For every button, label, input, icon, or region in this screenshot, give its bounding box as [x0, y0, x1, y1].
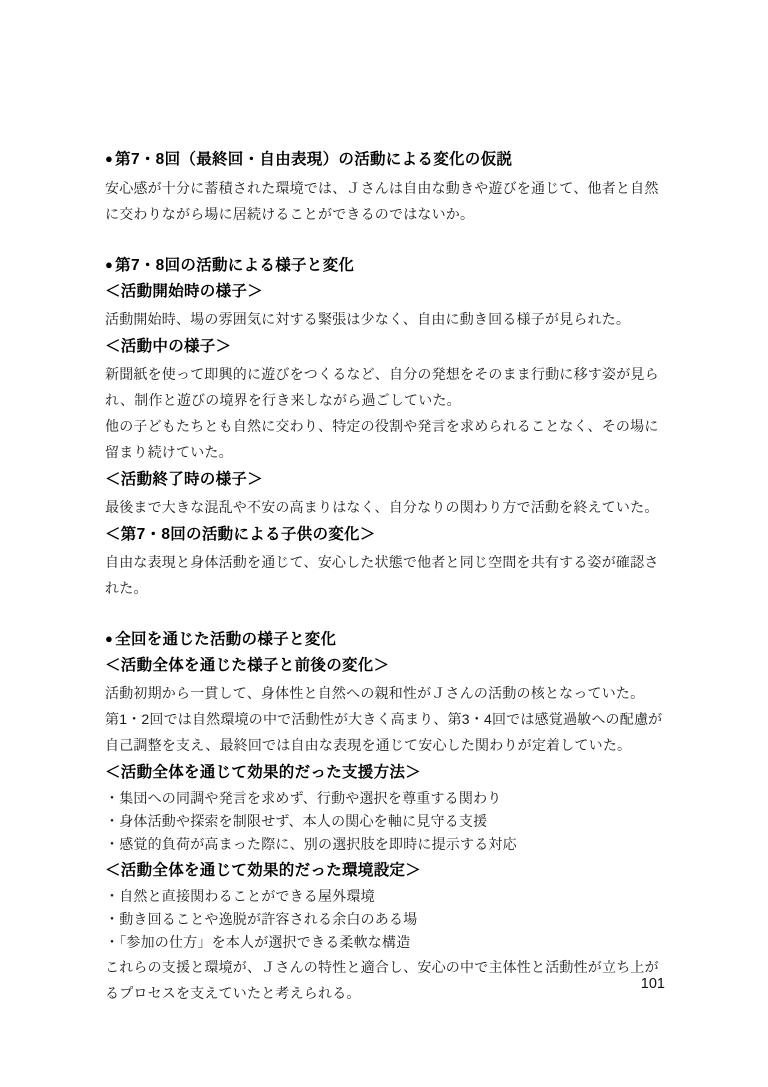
section-heading-text: 第7・8回（最終回・自由表現）の活動による変化の仮説	[115, 151, 512, 168]
paragraph: 安心感が十分に蓄積された環境では、Ｊさんは自由な動きや遊びを通じて、他者と自然に…	[105, 175, 665, 227]
subsection-heading: ＜第7・8回の活動による子供の変化＞	[105, 524, 665, 546]
bullet-icon: ●	[105, 151, 113, 166]
bullet-item: ・「参加の仕方」を本人が選択できる柔軟な構造	[105, 931, 665, 954]
section-all-sessions: ●全回を通じた活動の様子と変化 ＜活動全体を通じた様子と前後の変化＞ 活動初期か…	[105, 628, 665, 1006]
paragraph: 活動開始時、場の雰囲気に対する緊張は少なく、自由に動き回る様子が見られた。	[105, 306, 665, 332]
paragraph: 活動初期から一貫して、身体性と自然への親和性がＪさんの活動の核となっていた。	[105, 680, 665, 706]
section-change-hypothesis: ●第7・8回（最終回・自由表現）の活動による変化の仮説 安心感が十分に蓄積された…	[105, 148, 665, 227]
paragraph: 最後まで大きな混乱や不安の高まりはなく、自分なりの関わり方で活動を終えていた。	[105, 494, 665, 520]
bullet-icon: ●	[105, 631, 113, 646]
subsection-heading: ＜活動全体を通じて効果的だった支援方法＞	[105, 762, 665, 784]
paragraph: 自由な表現と身体活動を通じて、安心した状態で他者と同じ空間を共有する姿が確認され…	[105, 549, 665, 601]
section-heading: ●全回を通じた活動の様子と変化	[105, 628, 665, 651]
bullet-item: ・感覚的負荷が高まった際に、別の選択肢を即時に提示する対応	[105, 833, 665, 856]
document-page: ●第7・8回（最終回・自由表現）の活動による変化の仮説 安心感が十分に蓄積された…	[0, 0, 768, 1087]
section-heading-text: 全回を通じた活動の様子と変化	[115, 631, 336, 648]
subsection-heading: ＜活動中の様子＞	[105, 336, 665, 358]
section-heading: ●第7・8回の活動による様子と変化	[105, 254, 665, 277]
section-heading-text: 第7・8回の活動による様子と変化	[115, 257, 354, 274]
page-number: 101	[105, 976, 665, 992]
section-session-7-8: ●第7・8回の活動による様子と変化 ＜活動開始時の様子＞ 活動開始時、場の雰囲気…	[105, 254, 665, 601]
bullet-item: ・自然と直接関わることができる屋外環境	[105, 885, 665, 908]
section-heading: ●第7・8回（最終回・自由表現）の活動による変化の仮説	[105, 148, 665, 171]
subsection-heading: ＜活動開始時の様子＞	[105, 281, 665, 303]
bullet-icon: ●	[105, 257, 113, 272]
bullet-item: ・集団への同調や発言を求めず、行動や選択を尊重する関わり	[105, 787, 665, 810]
paragraph: 新聞紙を使って即興的に遊びをつくるなど、自分の発想をそのまま行動に移す姿が見られ…	[105, 361, 665, 413]
paragraph: 第1・2回では自然環境の中で活動性が大きく高まり、第3・4回では感覚過敏への配慮…	[105, 706, 665, 758]
bullet-item: ・動き回ることや逸脱が許容される余白のある場	[105, 908, 665, 931]
paragraph: 他の子どもたちとも自然に交わり、特定の役割や発言を求められることなく、その場に留…	[105, 413, 665, 465]
document-content: ●第7・8回（最終回・自由表現）の活動による変化の仮説 安心感が十分に蓄積された…	[105, 148, 665, 1006]
subsection-heading: ＜活動全体を通じて効果的だった環境設定＞	[105, 860, 665, 882]
subsection-heading: ＜活動全体を通じた様子と前後の変化＞	[105, 655, 665, 677]
bullet-item: ・身体活動や探索を制限せず、本人の関心を軸に見守る支援	[105, 810, 665, 833]
subsection-heading: ＜活動終了時の様子＞	[105, 469, 665, 491]
